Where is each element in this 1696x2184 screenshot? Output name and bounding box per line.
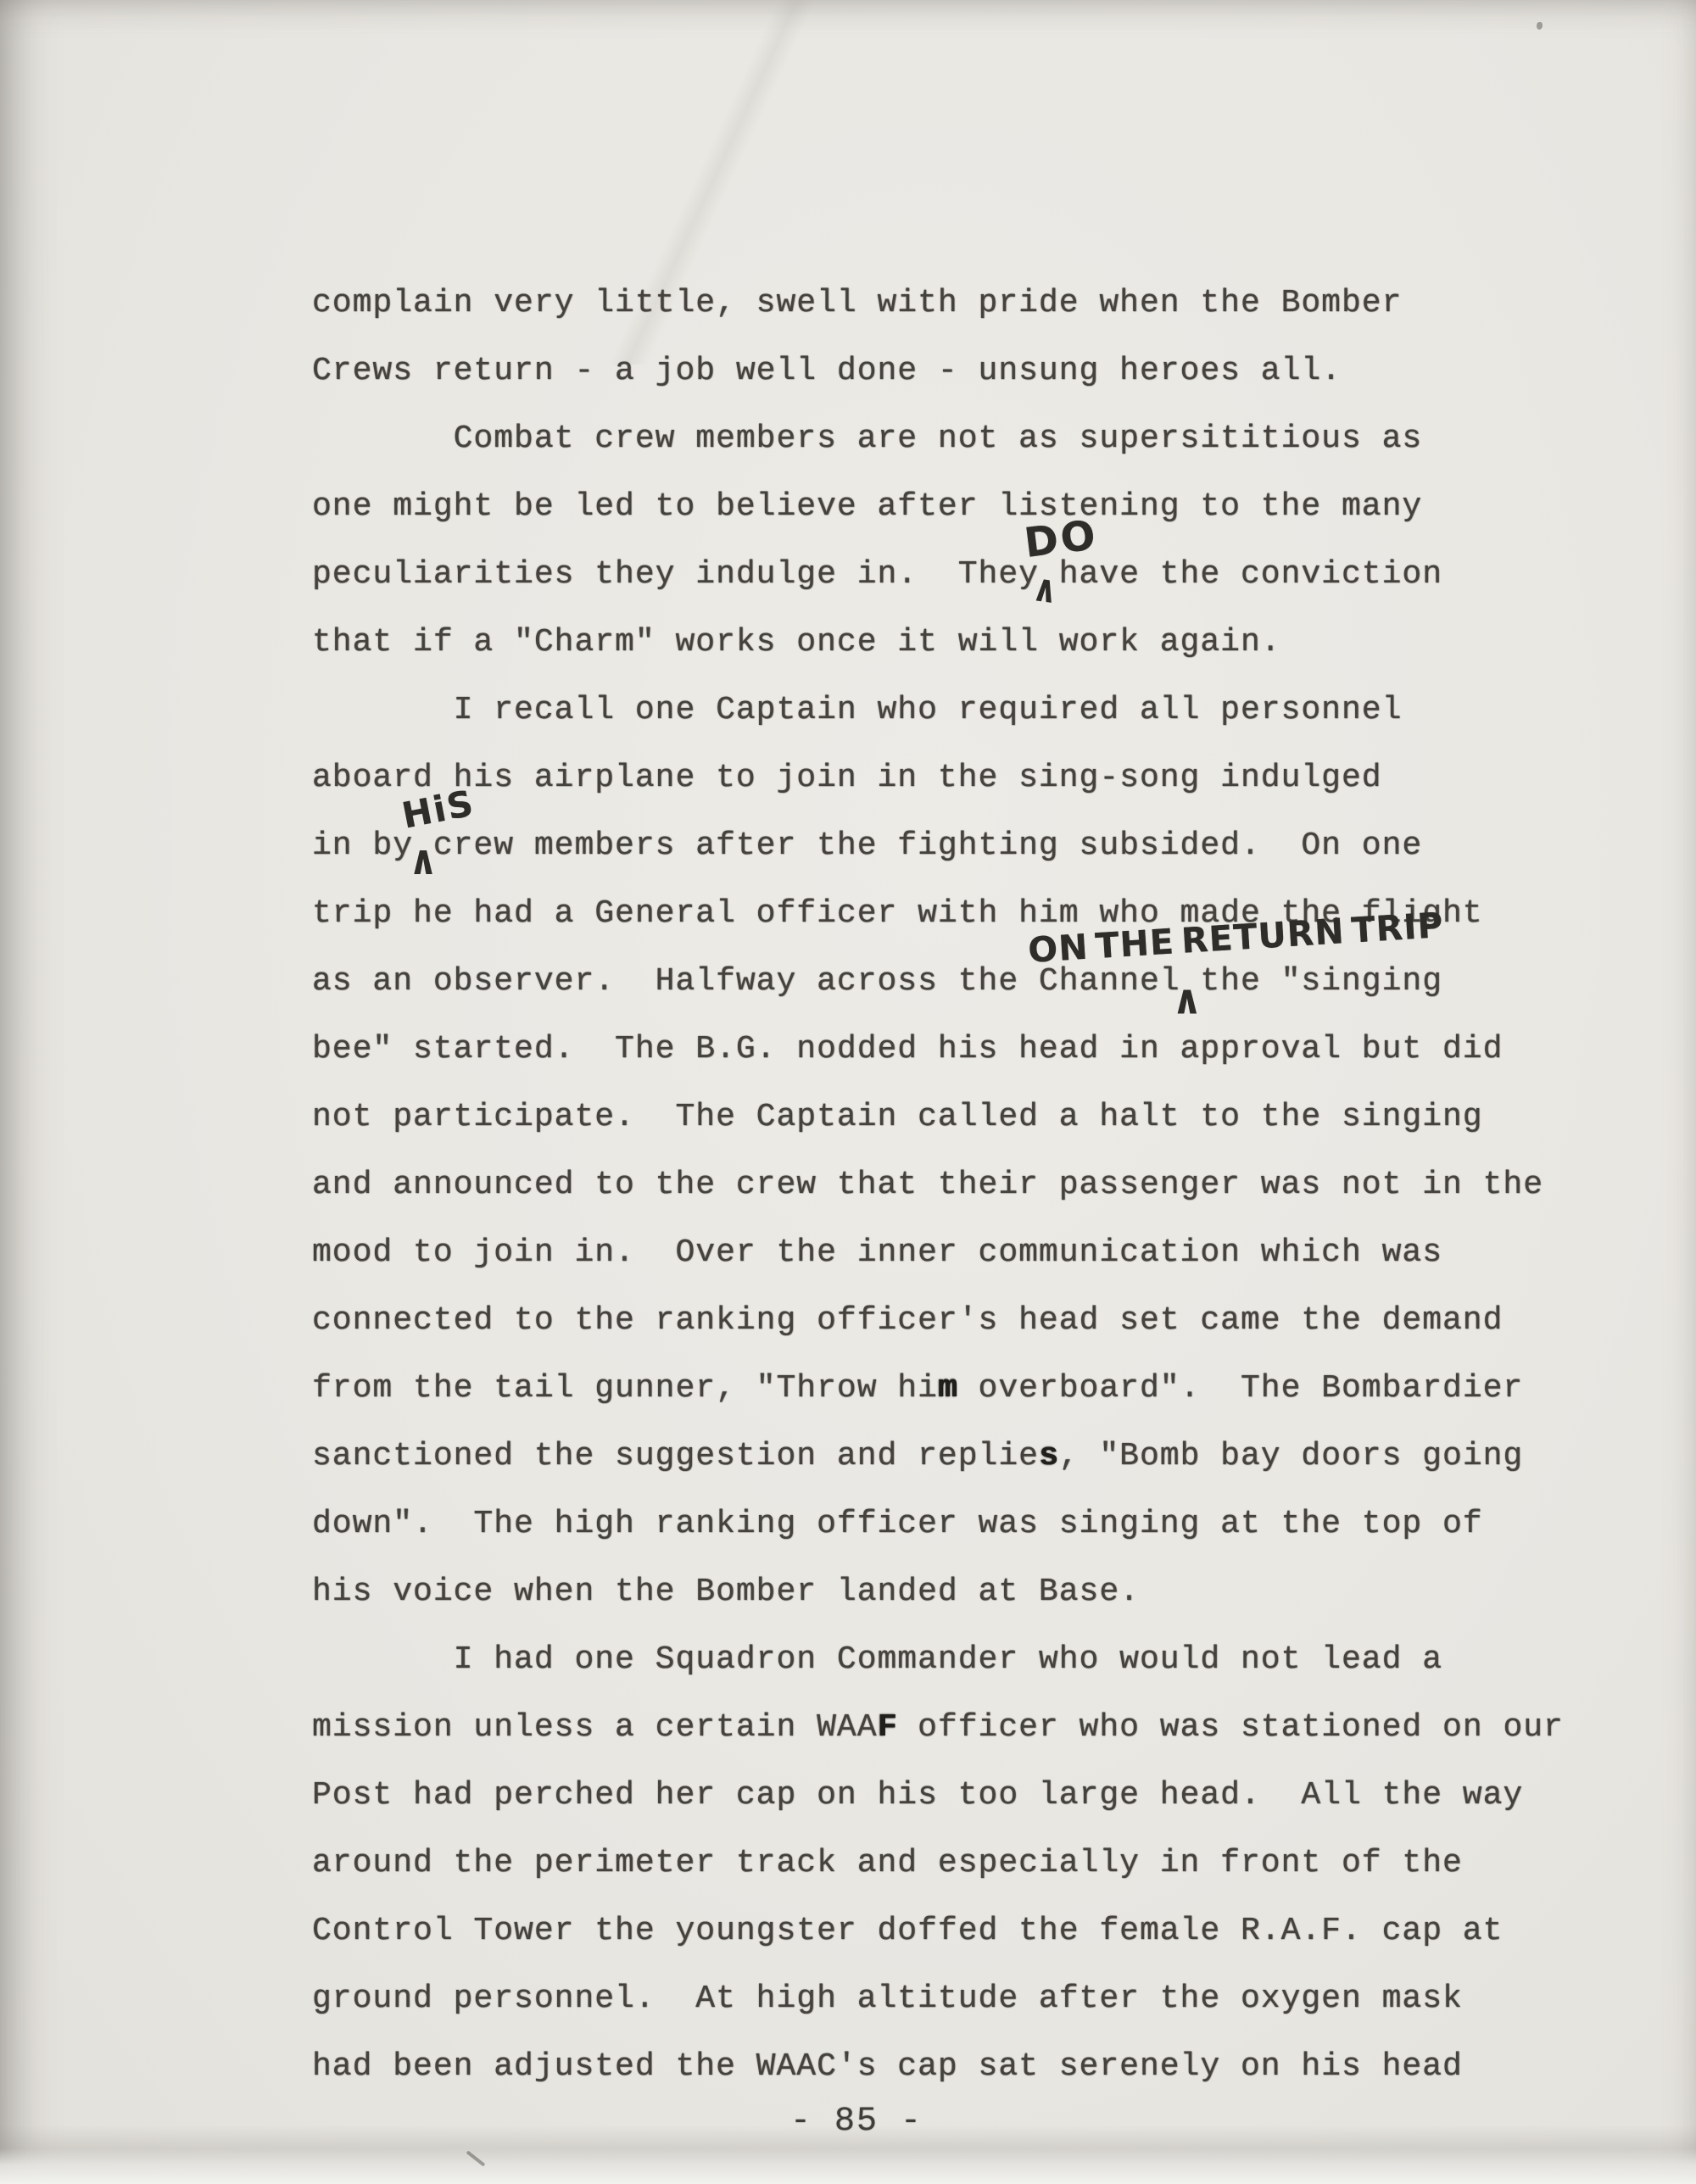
text-line: sanctioned the suggestion and replies, "… [312, 1423, 1618, 1490]
text-line: his voice when the Bomber landed at Base… [312, 1558, 1618, 1626]
text-line: one might be led to believe after listen… [312, 473, 1618, 541]
text-segment: mood to join in. Over the inner communic… [312, 1234, 1442, 1271]
paper-speck [1537, 22, 1543, 30]
text-line: Control Tower the youngster doffed the f… [312, 1897, 1618, 1965]
text-segment: aboard his airplane to join in the sing-… [312, 760, 1382, 796]
overstrike-character: m [938, 1370, 958, 1407]
text-segment: as an observer. Halfway across the Chann… [312, 963, 1442, 1000]
text-segment: bee" started. The B.G. nodded his head i… [312, 1031, 1503, 1067]
text-segment: complain very little, swell with pride w… [312, 285, 1402, 321]
text-line: aboard his airplane to join in the sing-… [312, 744, 1618, 812]
text-line: ground personnel. At high altitude after… [312, 1965, 1618, 2033]
text-line: Combat crew members are not as supersiti… [312, 405, 1618, 473]
text-segment: had been adjusted the WAAC's cap sat ser… [312, 2048, 1463, 2085]
handwritten-insertion-do: DO [1022, 511, 1101, 567]
text-line: in by crew members after the fighting su… [312, 812, 1618, 880]
text-segment: overboard". The Bombardier [958, 1370, 1524, 1407]
page-number: - 85 - [763, 2092, 950, 2152]
text-segment: ground personnel. At high altitude after… [312, 1981, 1463, 2017]
text-segment: sanctioned the suggestion and replie [312, 1438, 1039, 1474]
text-line: not participate. The Captain called a ha… [312, 1084, 1618, 1151]
text-line: connected to the ranking officer's head … [312, 1287, 1618, 1355]
text-segment: , "Bomb bay doors going [1059, 1438, 1524, 1474]
text-line: as an observer. Halfway across the Chann… [312, 948, 1618, 1016]
text-line: mood to join in. Over the inner communic… [312, 1219, 1618, 1287]
text-segment: that if a "Charm" works once it will wor… [312, 624, 1281, 660]
text-line: I recall one Captain who required all pe… [312, 677, 1618, 744]
text-line: and announced to the crew that their pas… [312, 1151, 1618, 1219]
text-line: bee" started. The B.G. nodded his head i… [312, 1016, 1618, 1084]
insertion-caret-icon: ∧ [1030, 570, 1060, 611]
overstrike-character: F [878, 1709, 898, 1746]
text-segment: Post had perched her cap on his too larg… [312, 1777, 1523, 1813]
text-segment: around the perimeter track and especiall… [312, 1845, 1463, 1881]
typewritten-text-block: complain very little, swell with pride w… [312, 270, 1618, 2101]
text-segment: mission unless a certain WAA [312, 1709, 878, 1746]
text-line: Post had perched her cap on his too larg… [312, 1762, 1618, 1830]
text-line: from the tail gunner, "Throw him overboa… [312, 1355, 1618, 1423]
text-segment: from the tail gunner, "Throw hi [312, 1370, 938, 1407]
text-segment: Combat crew members are not as supersiti… [312, 421, 1422, 457]
insertion-caret-icon: ∧ [1172, 980, 1202, 1021]
text-segment: Crews return - a job well done - unsung … [312, 353, 1342, 389]
text-segment: one might be led to believe after listen… [312, 488, 1422, 525]
text-line: peculiarities they indulge in. They have… [312, 541, 1618, 609]
insertion-caret-icon: ∧ [409, 840, 438, 881]
text-segment: his voice when the Bomber landed at Base… [312, 1574, 1140, 1610]
text-line: mission unless a certain WAAF officer wh… [312, 1694, 1618, 1762]
text-segment: connected to the ranking officer's head … [312, 1302, 1503, 1339]
text-segment: officer who was stationed on our [897, 1709, 1564, 1746]
overstrike-character: s [1039, 1438, 1059, 1474]
text-line: around the perimeter track and especiall… [312, 1830, 1618, 1897]
text-line: that if a "Charm" works once it will wor… [312, 609, 1618, 677]
text-line: I had one Squadron Commander who would n… [312, 1626, 1618, 1694]
text-line: Crews return - a job well done - unsung … [312, 337, 1618, 405]
text-line: complain very little, swell with pride w… [312, 270, 1618, 337]
text-segment: I recall one Captain who required all pe… [312, 692, 1402, 728]
text-segment: in by crew members after the fighting su… [312, 827, 1422, 864]
text-segment: and announced to the crew that their pas… [312, 1167, 1543, 1203]
text-segment: not participate. The Captain called a ha… [312, 1099, 1483, 1135]
paper-tear [466, 2150, 486, 2166]
text-segment: peculiarities they indulge in. They have… [312, 556, 1442, 593]
text-line: down". The high ranking officer was sing… [312, 1490, 1618, 1558]
text-segment: Control Tower the youngster doffed the f… [312, 1913, 1503, 1949]
scanned-typewritten-page: complain very little, swell with pride w… [0, 0, 1696, 2184]
text-line: had been adjusted the WAAC's cap sat ser… [312, 2033, 1618, 2101]
text-segment: down". The high ranking officer was sing… [312, 1506, 1483, 1542]
text-segment: I had one Squadron Commander who would n… [312, 1641, 1442, 1678]
